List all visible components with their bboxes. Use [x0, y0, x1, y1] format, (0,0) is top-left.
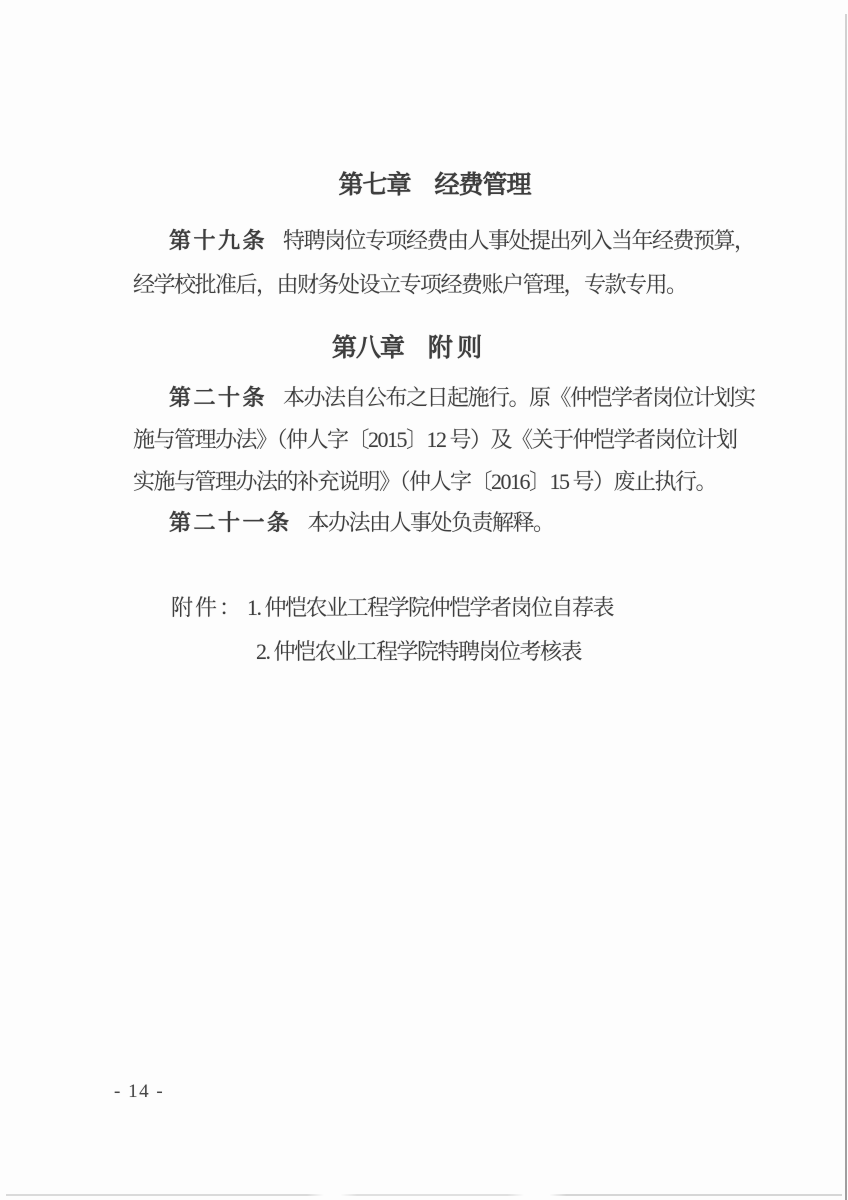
article-21-label: 第二十一条 — [169, 510, 292, 535]
scan-edge-bottom-line — [6, 1194, 842, 1196]
page-number: - 14 - — [114, 1081, 164, 1103]
chapter-7-title: 经费管理 — [435, 172, 531, 199]
attachments-label: 附件： — [171, 595, 243, 620]
article-21-line: 第二十一条本办法由人事处负责解释。 — [153, 481, 554, 564]
article-19-text-2: 经学校批准后，由财务处设立专项经费账户管理，专款专用。 — [133, 272, 687, 297]
document-page: 第七章经费管理 第十九条特聘岗位专项经费由人事处提出列入当年经费预算， 经学校批… — [0, 0, 848, 1200]
scan-edge-right-line — [845, 14, 847, 1200]
chapter-7-label: 第七章 — [338, 172, 410, 199]
article-21-text: 本办法由人事处负责解释。 — [308, 510, 554, 535]
attachment-item-2: 2. 仲恺农业工程学院特聘岗位考核表 — [256, 639, 581, 664]
attachments-line-2: 2. 仲恺农业工程学院特聘岗位考核表 — [240, 610, 581, 693]
